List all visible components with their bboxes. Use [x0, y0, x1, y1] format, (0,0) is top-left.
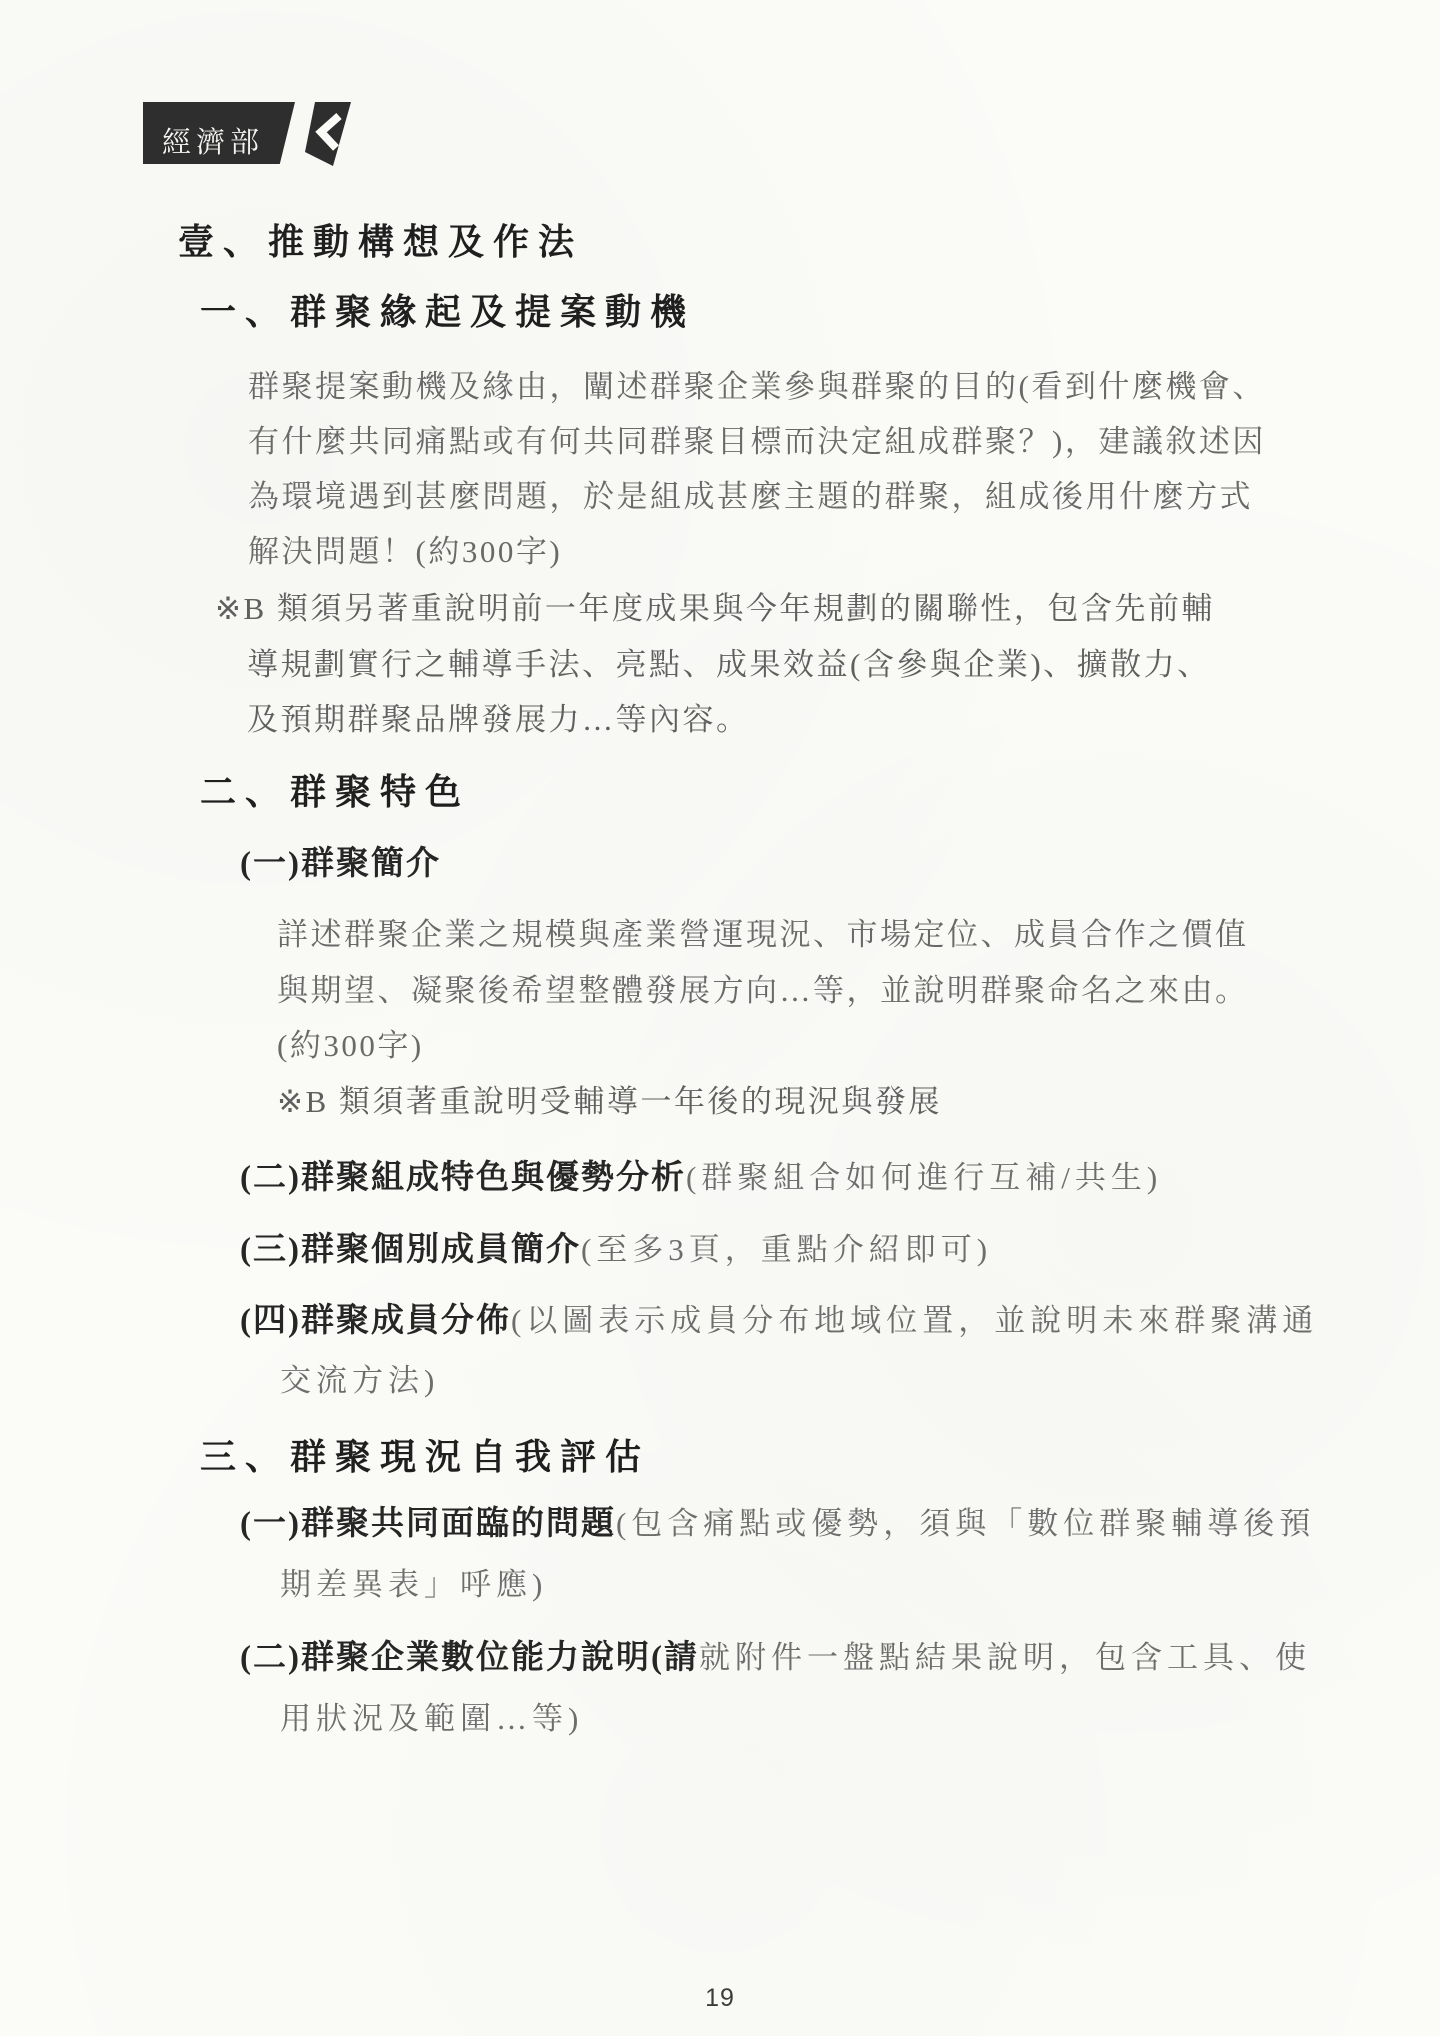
section1-paragraph-line: 有什麼共同痛點或有何共同群聚目標而決定組成群聚？)，建議敘述因	[248, 423, 1266, 460]
section1-note-line: 及預期群聚品牌發展力…等內容。	[247, 701, 750, 738]
section2-sub3-bold: (三)群聚個別成員簡介	[240, 1232, 581, 1268]
section2-sub1-heading: (一)群聚簡介	[240, 846, 441, 884]
document-page: 經濟部 壹、推動構想及作法 一、群聚緣起及提案動機 群聚提案動機及緣由，闡述群聚…	[0, 0, 1440, 2036]
section2-sub3-paren: (至多3頁，重點介紹即可)	[581, 1232, 992, 1267]
section2-sub3-item: (三)群聚個別成員簡介(至多3頁，重點介紹即可)	[240, 1232, 992, 1270]
section2-sub4-paren-continuation: 交流方法)	[280, 1362, 439, 1399]
section2-sub4-bold: (四)群聚成員分佈	[240, 1303, 511, 1339]
section1-note-line: 導規劃實行之輔導手法、亮點、成果效益(含參與企業)、擴散力、	[247, 646, 1211, 683]
section2-sub1-paragraph-line: (約300字)	[277, 1027, 424, 1064]
section3-sub2-paren: 就附件一盤點結果說明，包含工具、使	[699, 1640, 1311, 1675]
moea-logo-text: 經濟部	[162, 129, 264, 158]
section1-note-line: ※B 類須另著重說明前一年度成果與今年規劃的關聯性，包含先前輔	[215, 590, 1215, 627]
main-section-title: 壹、推動構想及作法	[178, 222, 583, 263]
section2-sub4-paren: (以圖表示成員分布地域位置，並說明未來群聚溝通	[511, 1303, 1318, 1338]
section3-sub2-item: (二)群聚企業數位能力說明(請就附件一盤點結果說明，包含工具、使	[240, 1640, 1311, 1678]
section3-sub1-item: (一)群聚共同面臨的問題(包含痛點或優勢，須與「數位群聚輔導後預	[240, 1506, 1315, 1544]
section2-sub1-paragraph-line: 與期望、凝聚後希望整體發展方向…等，並說明群聚命名之來由。	[277, 972, 1249, 1009]
section3-sub1-paren-continuation: 期差異表」呼應)	[280, 1566, 547, 1603]
section1-heading: 一、群聚緣起及提案動機	[200, 292, 695, 333]
section2-sub2-bold: (二)群聚組成特色與優勢分析	[240, 1160, 686, 1196]
moea-logo-box: 經濟部	[143, 102, 295, 164]
section2-sub1-note-line: ※B 類須著重說明受輔導一年後的現況與發展	[277, 1083, 942, 1120]
section2-sub2-paren: (群聚組合如何進行互補/共生)	[686, 1160, 1162, 1195]
moea-logo: 經濟部	[143, 102, 351, 166]
section1-paragraph-line: 群聚提案動機及緣由，闡述群聚企業參與群聚的目的(看到什麼機會、	[248, 368, 1266, 405]
page-number: 19	[0, 1984, 1440, 2013]
section1-paragraph-line: 為環境遇到甚麼問題，於是組成甚麼主題的群聚，組成後用什麼方式	[248, 478, 1253, 515]
section3-heading: 三、群聚現況自我評估	[200, 1437, 650, 1478]
moea-logo-arrow-icon	[299, 102, 351, 166]
section2-sub4-item: (四)群聚成員分佈(以圖表示成員分布地域位置，並說明未來群聚溝通	[240, 1303, 1318, 1341]
section3-sub2-bold: (二)群聚企業數位能力說明(請	[240, 1640, 699, 1676]
section3-sub1-bold: (一)群聚共同面臨的問題	[240, 1506, 616, 1542]
section3-sub2-paren-continuation: 用狀況及範圍…等)	[280, 1700, 583, 1737]
section2-sub1-paragraph-line: 詳述群聚企業之規模與產業營運現況、市場定位、成員合作之價值	[277, 916, 1249, 953]
section2-sub2-item: (二)群聚組成特色與優勢分析(群聚組合如何進行互補/共生)	[240, 1160, 1162, 1198]
section2-heading: 二、群聚特色	[200, 772, 470, 813]
section1-paragraph-line: 解決問題！(約300字)	[248, 533, 562, 570]
section3-sub1-paren: (包含痛點或優勢，須與「數位群聚輔導後預	[616, 1506, 1315, 1541]
